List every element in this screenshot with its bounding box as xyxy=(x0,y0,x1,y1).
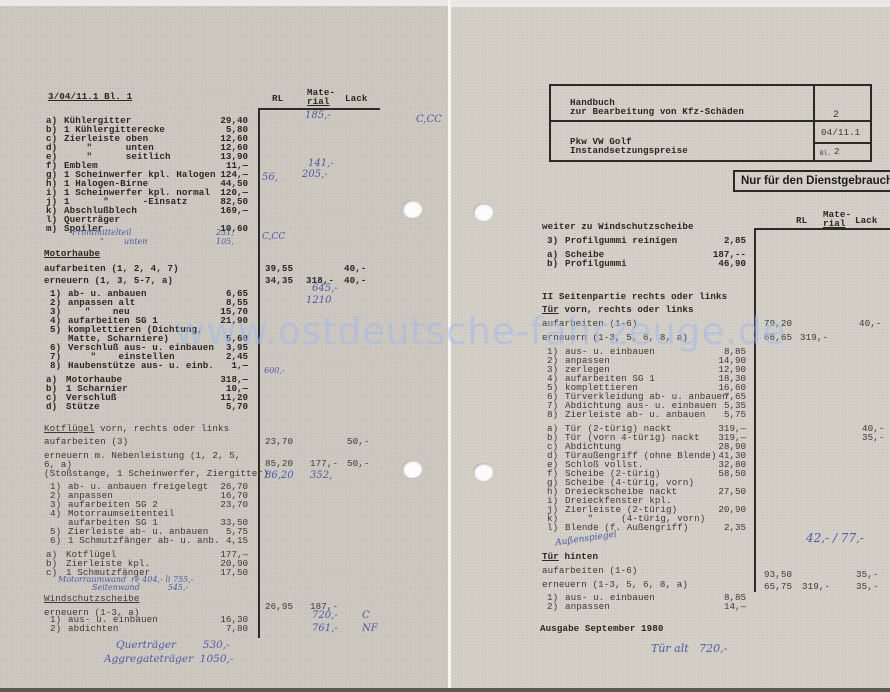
header-number: 2 xyxy=(833,111,839,121)
handwritten-note: 56, xyxy=(262,172,278,183)
work-row-lack: 50,- xyxy=(347,459,369,469)
handwritten-note: 600,- xyxy=(264,366,285,375)
scan-edge xyxy=(0,688,890,692)
section-title-windschutzscheibe: Windschutzscheibe xyxy=(44,594,139,604)
handwritten-note: Aggregateträger 1050,- xyxy=(104,653,233,665)
section-title-kotfluegel: Kotflügel vorn, rechts oder links xyxy=(44,424,229,434)
op-key: 5) xyxy=(50,325,61,335)
handwritten-note: 141,- xyxy=(308,158,334,169)
tuer-vorn-title-rest: vorn, rechts oder links xyxy=(559,304,694,315)
handwritten-note: Tür alt 720,- xyxy=(651,642,727,655)
op-price: 7,80 xyxy=(226,624,248,634)
handwritten-note: C,CC xyxy=(416,114,442,125)
handwritten-note: " unten xyxy=(100,237,147,246)
kotfluegel-note: (Stoßstange, 1 Scheinwerfer, Ziergitter) xyxy=(44,469,269,479)
op-price: 23,70 xyxy=(220,500,248,510)
handwritten-note: Querträger 530,- xyxy=(116,639,230,651)
col-lack: Lack xyxy=(855,216,877,226)
work-row-rl: 23,70 xyxy=(265,437,293,447)
handwritten-note: Seitenwand 545,- xyxy=(92,583,188,592)
handwritten-note: NF xyxy=(362,623,378,634)
work-row-lack: 35,- xyxy=(856,582,878,592)
work-row-material: 177,- xyxy=(310,459,338,469)
section-title-motorhaube: Motorhaube xyxy=(44,249,100,259)
op-price: 4,15 xyxy=(226,536,248,546)
work-row-label: erneuern m. Nebenleistung (1, 2, 5, xyxy=(44,451,240,461)
handwritten-note: 86,20 xyxy=(265,470,294,481)
work-row-lack: 40,- xyxy=(344,264,366,274)
op-label: Profilgummi reinigen xyxy=(565,236,677,246)
part-key: d) xyxy=(46,402,57,412)
work-row-label: erneuern (1-3, 5, 6, 8, a) xyxy=(542,333,688,343)
op-key: 2) xyxy=(547,602,558,612)
tuer-hinten-title: Tür xyxy=(542,551,559,562)
work-row-rl: 65,75 xyxy=(764,582,792,592)
handwritten-note: 761,- xyxy=(312,623,338,634)
restricted-use-stamp: Nur für den Dienstgebrauch xyxy=(733,170,890,192)
op-key: 4) xyxy=(50,509,61,519)
header-divider xyxy=(815,142,870,144)
binder-hole xyxy=(473,463,493,481)
part-price: 2,35 xyxy=(724,523,746,533)
binder-hole xyxy=(402,460,422,478)
doc-reference: 3/04/11.1 Bl. 1 xyxy=(48,92,132,102)
op-key: 8) xyxy=(50,361,61,371)
header-model-2: Instandsetzungspreise xyxy=(570,146,688,156)
work-row-rl: 66,65 xyxy=(764,333,792,343)
col-material-2: rial xyxy=(307,97,329,107)
part-price: 5,70 xyxy=(226,402,248,412)
part-label: Stütze xyxy=(66,402,100,412)
handwritten-note: 42,- / 77,- xyxy=(806,531,864,545)
work-row-label: erneuern (1, 3, 5-7, a) xyxy=(44,276,173,286)
item-key: m) xyxy=(46,224,57,234)
work-row-label: aufarbeiten (1, 2, 4, 7) xyxy=(44,264,179,274)
table-rule xyxy=(258,108,260,638)
op-key: 8) xyxy=(547,410,558,420)
col-lack: Lack xyxy=(345,94,367,104)
op-label: 1 Schmutzfänger ab- u. anb. xyxy=(68,536,220,546)
table-rule xyxy=(754,228,890,230)
handwritten-note: C xyxy=(362,610,370,621)
op-price: 5,75 xyxy=(724,410,746,420)
op-price: 21,90 xyxy=(220,316,248,326)
work-row-rl: 39,55 xyxy=(265,264,293,274)
handwritten-note: 105, xyxy=(216,237,234,246)
work-row-label: aufarbeiten (1-6) xyxy=(542,566,637,576)
part-price: 58,50 xyxy=(718,469,746,479)
col-rl: RL xyxy=(796,216,807,226)
work-row-material: 319,- xyxy=(800,333,828,343)
header-title-2: zur Bearbeitung von Kfz-Schäden xyxy=(570,107,744,117)
work-row-rl: 79,20 xyxy=(764,319,792,329)
header-divider xyxy=(551,120,870,122)
header-section: 04/11.1 xyxy=(821,128,860,138)
handwritten-note: 352, xyxy=(310,470,332,481)
part-key: l) xyxy=(547,523,558,533)
header-sheet-label: Bl. xyxy=(820,149,831,159)
op-label: anpassen xyxy=(565,602,610,612)
handwritten-note: 185,- xyxy=(305,110,331,121)
op-label: Zierleiste ab- u. anbauen xyxy=(565,410,705,420)
left-page: 3/04/11.1 Bl. 1 RL Mate- rial Lack a) Kü… xyxy=(0,6,448,692)
handwritten-note: 720,- xyxy=(312,610,338,621)
handwritten-note: C,CC xyxy=(262,232,285,242)
part-price: 17,50 xyxy=(220,568,248,578)
part-key: c) xyxy=(46,568,57,578)
part-lack: 35,- xyxy=(862,433,884,443)
right-page: Handbuch zur Bearbeitung von Kfz-Schäden… xyxy=(451,7,890,692)
op-key: 2) xyxy=(50,624,61,634)
work-row-lack: 40,- xyxy=(859,319,881,329)
handwritten-note: 231, xyxy=(216,228,234,237)
binder-hole xyxy=(402,200,422,218)
work-row-rl: 26,95 xyxy=(265,602,293,612)
part-label: Blende (f. Außengriff) xyxy=(565,523,689,533)
handwritten-note: Frontmittelteil xyxy=(72,228,132,237)
work-row-lack: 35,- xyxy=(856,570,878,580)
work-row-lack: 40,- xyxy=(344,276,366,286)
work-row-lack: 50,- xyxy=(347,437,369,447)
continued-heading: weiter zu Windschutzscheibe xyxy=(542,222,694,232)
header-sheet: 2 xyxy=(834,147,840,157)
part-price: 20,90 xyxy=(718,505,746,515)
tuer-vorn-title: Tür xyxy=(542,304,559,315)
edition-footer: Ausgabe September 1980 xyxy=(540,624,664,634)
op-price: 1,— xyxy=(231,361,248,371)
kotfluegel-title-rest: vorn, rechts oder links xyxy=(95,423,230,434)
op-key: 6) xyxy=(50,536,61,546)
section-title-seitenpartie: II Seitenpartie rechts oder links xyxy=(542,292,727,302)
work-row-rl: 93,50 xyxy=(764,570,792,580)
part-key: b) xyxy=(547,259,558,269)
table-rule xyxy=(754,228,756,592)
work-row-label: aufarbeiten (1-6) xyxy=(542,319,637,329)
op-price: 2,85 xyxy=(724,236,746,246)
section-title-tuer-vorn: Tür vorn, rechts oder links xyxy=(542,305,694,315)
kotfluegel-title: Kotflügel xyxy=(44,423,95,434)
item-price: 169,— xyxy=(220,206,248,216)
part-price: 46,90 xyxy=(718,259,746,269)
header-divider xyxy=(813,86,815,160)
tuer-hinten-title-rest: hinten xyxy=(559,551,598,562)
work-row-rl: 85,20 xyxy=(265,459,293,469)
handwritten-note: 645,- xyxy=(312,283,338,294)
op-label: abdichten xyxy=(68,624,119,634)
part-price: 27,50 xyxy=(718,487,746,497)
col-rl: RL xyxy=(272,94,283,104)
work-row-label: aufarbeiten (3) xyxy=(44,437,128,447)
work-row-label: erneuern (1-3, 5, 6, 8, a) xyxy=(542,580,688,590)
op-price: 14,— xyxy=(724,602,746,612)
part-label: Profilgummi xyxy=(565,259,627,269)
section-title-tuer-hinten: Tür hinten xyxy=(542,552,598,562)
binder-hole xyxy=(473,203,493,221)
work-row-rl: 34,35 xyxy=(265,276,293,286)
handwritten-note: 1210 xyxy=(306,295,331,306)
op-key: 3) xyxy=(547,236,558,246)
handwritten-note: 205,- xyxy=(302,169,328,180)
op-label: Haubenstütze aus- u. einb. xyxy=(68,361,214,371)
work-row-material: 319,- xyxy=(802,582,830,592)
